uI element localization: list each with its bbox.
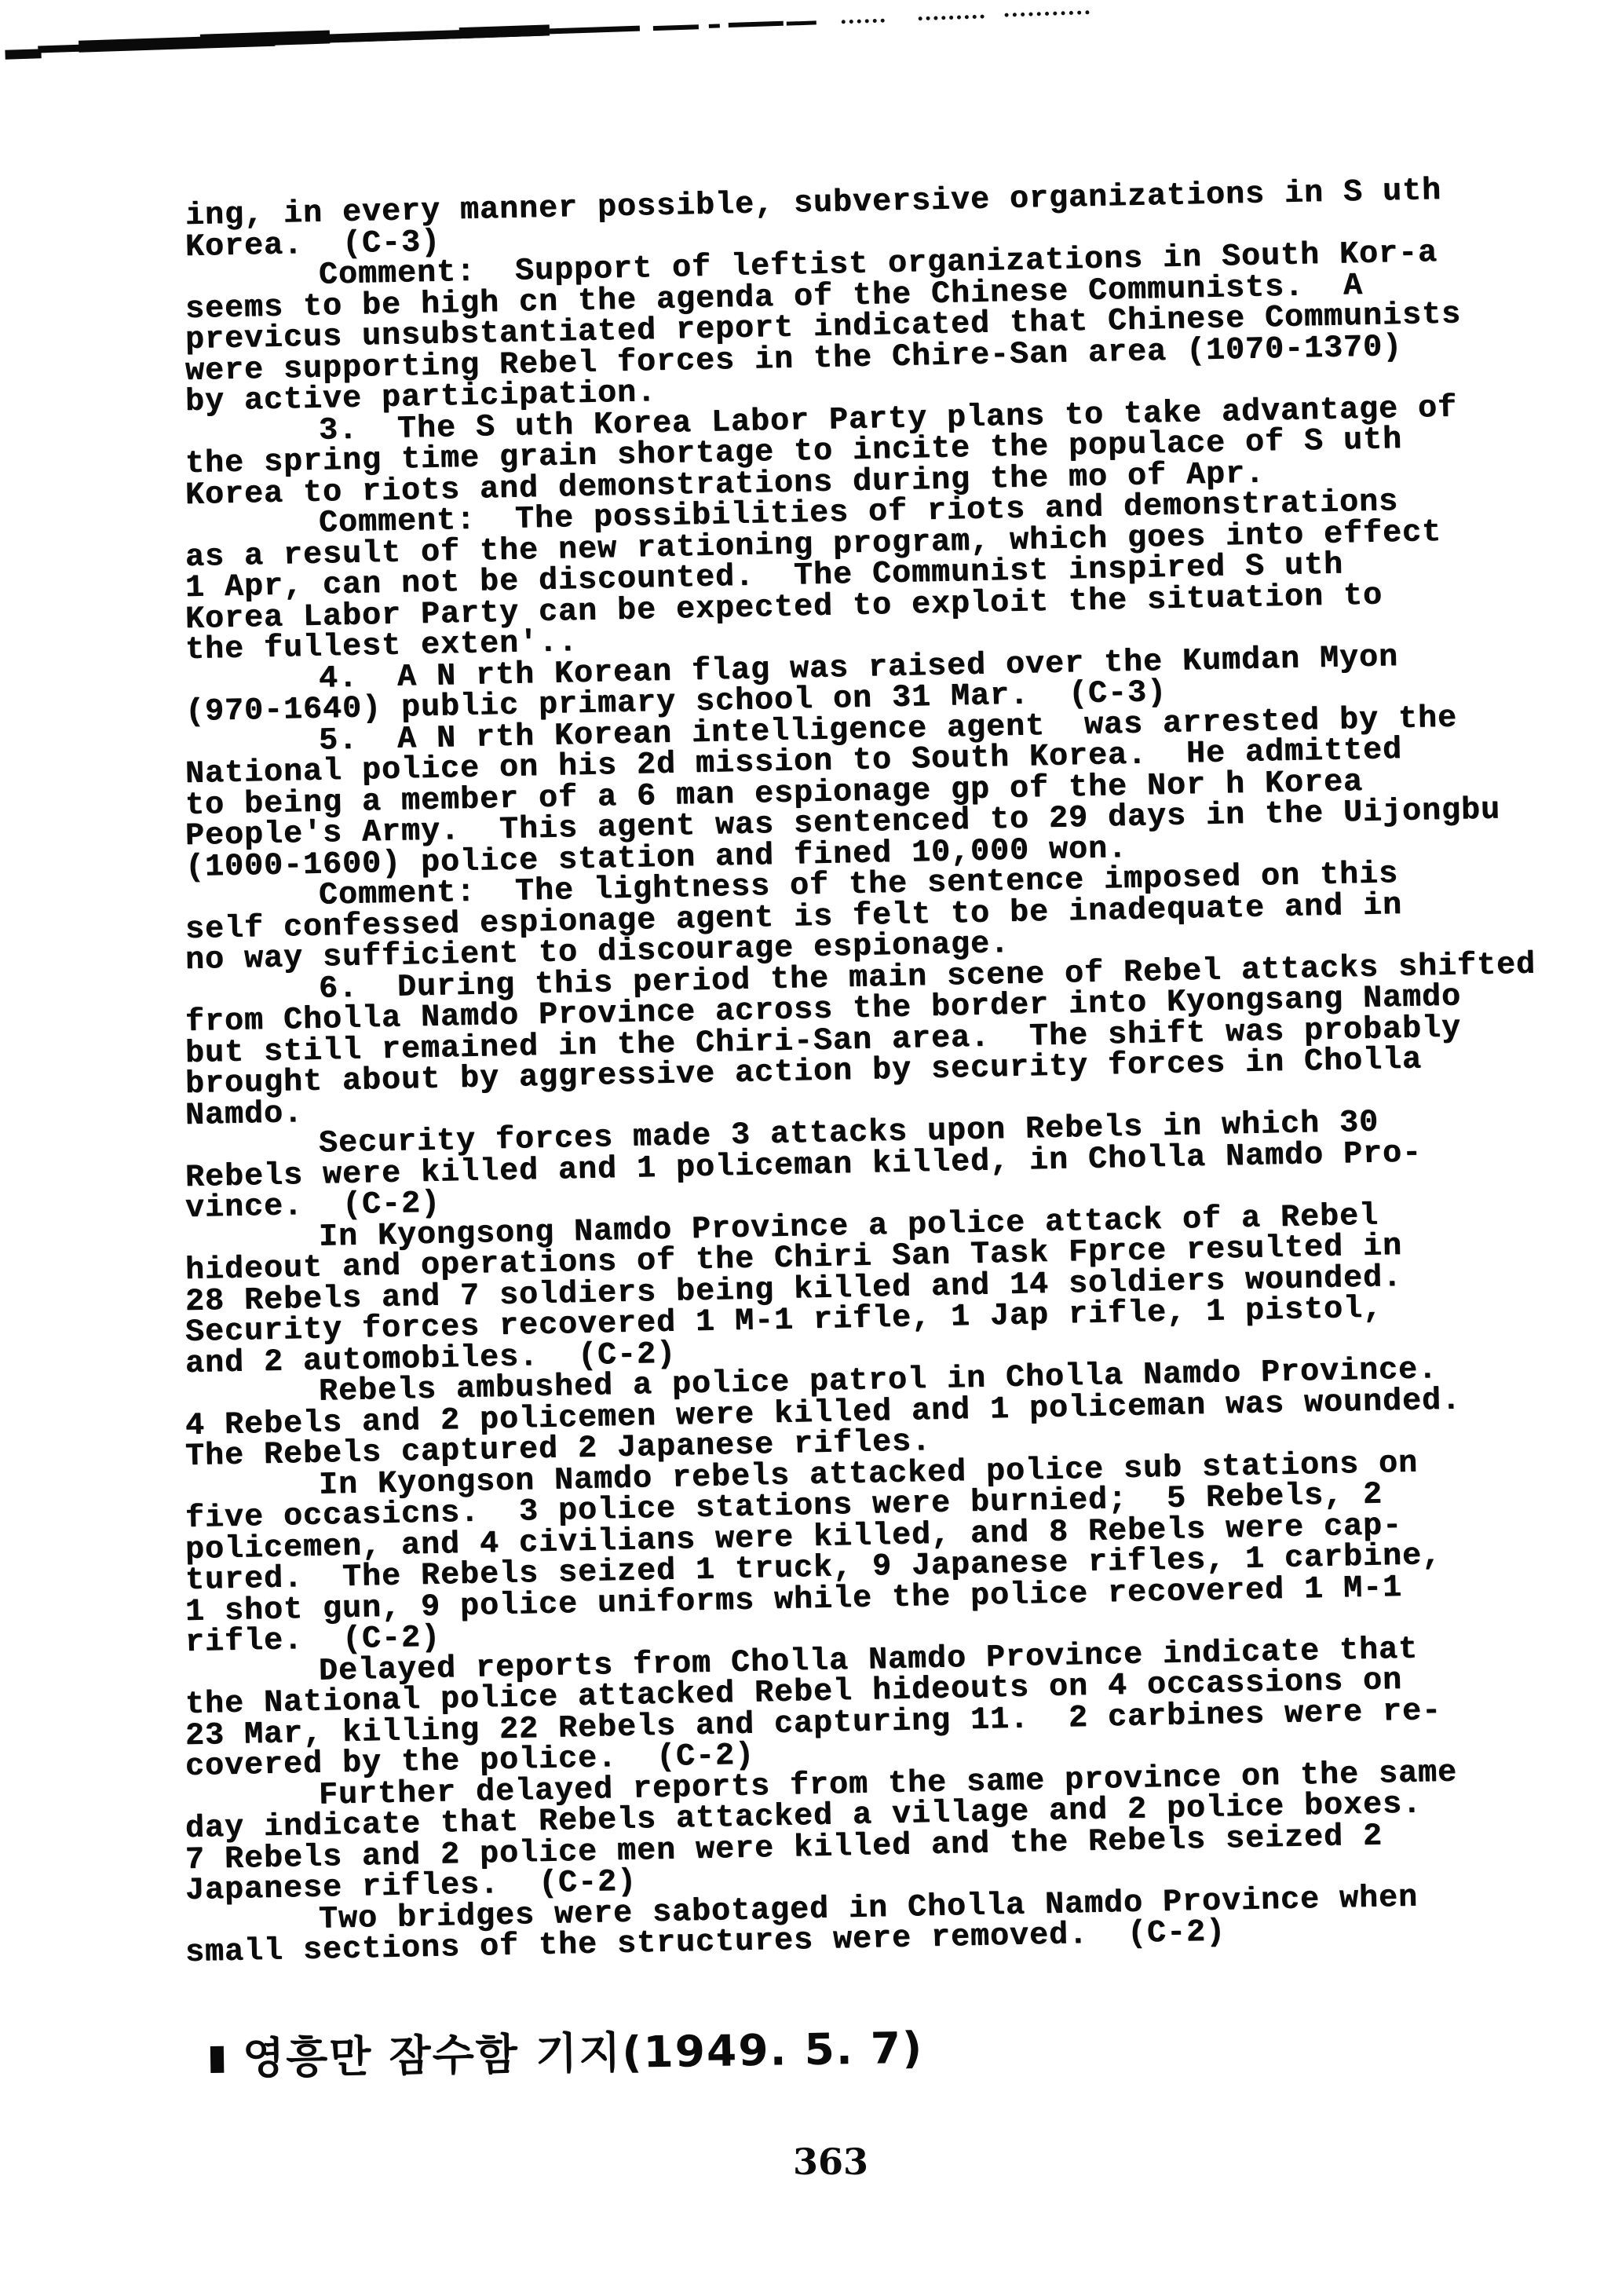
scanned-page: ing, in every manner possible, subversiv… bbox=[0, 0, 1622, 2296]
bullet-square-icon bbox=[210, 2046, 225, 2072]
caption-text: 영흥만 잠수함 기지(1949. 5. 7) bbox=[242, 2013, 923, 2086]
report-body: ing, in every manner possible, subversiv… bbox=[185, 201, 1536, 1969]
scan-edge-artifact bbox=[0, 0, 1622, 72]
photo-caption: 영흥만 잠수함 기지(1949. 5. 7) bbox=[210, 2013, 923, 2086]
page-number: 363 bbox=[793, 2141, 868, 2183]
